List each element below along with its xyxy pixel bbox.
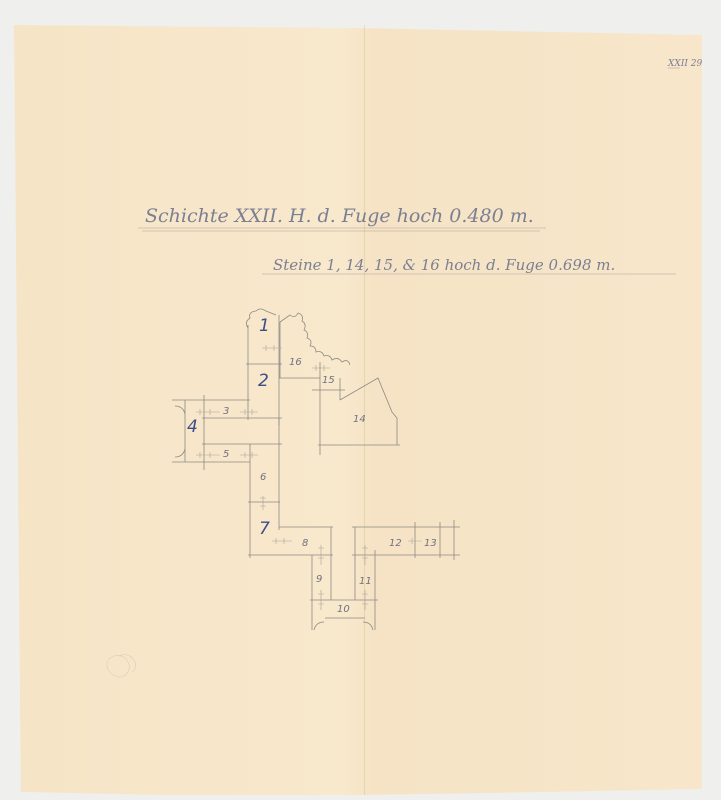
stone-label-6: 6 <box>260 472 266 483</box>
stone-label-13: 13 <box>424 538 437 549</box>
stone-label-11: 11 <box>359 576 372 587</box>
stone-label-16: 16 <box>289 357 302 368</box>
stone-label-5: 5 <box>223 449 229 460</box>
stone-label-2: 2 <box>258 371 269 391</box>
stone-label-1: 1 <box>259 316 270 336</box>
stone-label-15: 15 <box>322 375 335 386</box>
stone-label-8: 8 <box>302 538 308 549</box>
stone-label-3: 3 <box>223 406 229 417</box>
title-line: Schichte XXII. H. d. Fuge hoch 0.480 m. <box>145 205 534 227</box>
stone-label-12: 12 <box>389 538 402 549</box>
faint-stamp-mark <box>107 655 136 677</box>
stone-label-7: 7 <box>259 519 270 539</box>
stone-label-9: 9 <box>316 574 322 585</box>
stone-label-10: 10 <box>337 604 350 615</box>
architectural-drawing: XXII 29 Schichte XXII. H. d. Fuge hoch 0… <box>0 0 721 800</box>
stone-label-4: 4 <box>187 417 198 437</box>
stone-label-14: 14 <box>353 414 366 425</box>
subtitle-line: Steine 1, 14, 15, & 16 hoch d. Fuge 0.69… <box>273 256 615 274</box>
sheet-reference: XXII 29 <box>667 59 703 69</box>
